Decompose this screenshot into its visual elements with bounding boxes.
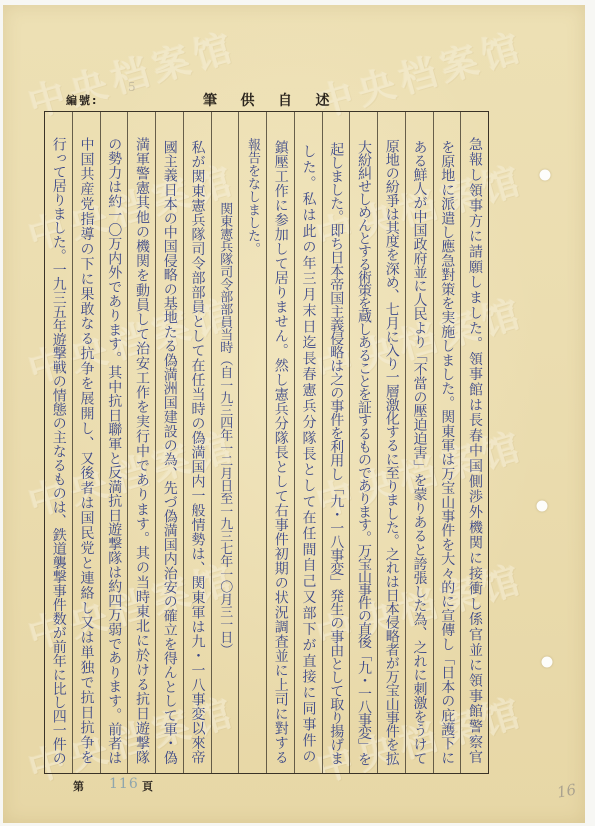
page-number-stamp: 116 — [109, 776, 139, 792]
text-column: 急報し領事方に請願しました。領事館は長春中国側渉外機関に接衝し係官並に領事館警察… — [460, 112, 488, 773]
handwritten-line: の勢力は約一〇万内外であります。其中抗日聯軍と反満抗日遊撃隊は約四万弱であります… — [101, 137, 128, 765]
text-column: ある鮮人が中国政府並に人民より「不當の壓迫迫害」を蒙りあると誇張した為、之れに刺… — [405, 112, 433, 773]
serial-number-label: 編號: — [66, 92, 98, 108]
handwritten-line: 私が関東憲兵隊司令部部員として在任当時の偽満国内一般情勢は、関東軍は九・一八事変… — [184, 140, 211, 765]
page-label-suffix: 頁 — [142, 778, 153, 794]
text-column: 報告をなしました。 — [238, 112, 266, 773]
handwritten-line: 急報し領事方に請願しました。領事館は長春中国側渉外機関に接衝し係官並に領事館警察… — [461, 137, 488, 765]
punch-hole — [542, 657, 553, 668]
text-column: 大紛糾せしめんとする術策を蔵しあることを証するものであります。万宝山事件の直後「… — [349, 112, 377, 773]
handwritten-line: 中国共産党指導の下に果敢なる抗争を展開し、又後者は国民党と連絡し又は単独で抗日抗… — [73, 137, 100, 765]
handwritten-line: ある鮮人が中国政府並に人民より「不當の壓迫迫害」を蒙りあると誇張した為、之れに刺… — [406, 140, 433, 765]
text-column: を原地に派遣し應急對策を実施しました。関東軍は万宝山事件を大々的に宣傳し「日本の… — [433, 112, 461, 773]
handwritten-line: 起しました。即ち日本帝国主義侵略は之の事件を利用し「九・一八事変」発生の事由とし… — [323, 142, 350, 765]
text-column: した。私は此の年三月末日迄長春憲兵分隊長として在任間自己又部下が直接に同事件の — [294, 112, 322, 773]
document-title: 筆供自述 — [203, 90, 353, 110]
handwritten-line: 鎮壓工作に参加して居りません。然し憲兵分隊長として右事件初期の状況調査並に上司に… — [267, 140, 294, 765]
text-column: 鎮壓工作に参加して居りません。然し憲兵分隊長として右事件初期の状況調査並に上司に… — [266, 112, 294, 773]
document-page: 中央档案馆 中央档案馆 中央档案馆 中央档案馆 中央档案馆 中央档案馆 中央档案… — [0, 0, 595, 826]
text-column: の勢力は約一〇万内外であります。其中抗日聯軍と反満抗日遊撃隊は約四万弱であります… — [100, 112, 128, 773]
handwritten-line: 原地の紛爭は其度を深め、七月に入り一層激化するに至りました。之れは日本侵略者が万… — [378, 139, 405, 765]
page-label-prefix: 第 — [73, 778, 84, 794]
handwritten-line: した。私は此の年三月末日迄長春憲兵分隊長として在任間自己又部下が直接に同事件の — [295, 144, 322, 765]
text-column: 私が関東憲兵隊司令部部員として在任当時の偽満国内一般情勢は、関東軍は九・一八事変… — [183, 112, 211, 773]
punch-hole — [540, 170, 551, 181]
serial-number-value: 5 — [128, 80, 136, 94]
punch-hole — [537, 501, 548, 512]
handwritten-line: 大紛糾せしめんとする術策を蔵しあることを証するものであります。万宝山事件の直後「… — [350, 140, 377, 765]
section-heading: 関東憲兵隊司令部部員当時（自一九三四年一二月日至一九三七年一〇月三一日） — [212, 202, 239, 656]
handwritten-line: 満軍警憲其他の機関を動員して治安工作を実行中であります。其の当時東北に於ける抗日… — [128, 137, 155, 765]
text-column: 國主義日本の中国侵略の基地たる偽満洲国建設の為、先づ偽満国内治安の確立を得んとし… — [155, 112, 183, 773]
handwritten-line: 行って居りました。一九三五年遊撃戦の情態の主なるものは、鉄道襲撃事件数が前年に比… — [45, 137, 72, 765]
section-heading-column: 関東憲兵隊司令部部員当時（自一九三四年一二月日至一九三七年一〇月三一日） — [211, 112, 239, 773]
text-grid: 急報し領事方に請願しました。領事館は長春中国側渉外機関に接衝し係官並に領事館警察… — [44, 111, 489, 774]
handwritten-line: を原地に派遣し應急對策を実施しました。関東軍は万宝山事件を大々的に宣傳し「日本の… — [434, 140, 461, 765]
text-column: 起しました。即ち日本帝国主義侵略は之の事件を利用し「九・一八事変」発生の事由とし… — [322, 112, 350, 773]
text-column: 行って居りました。一九三五年遊撃戦の情態の主なるものは、鉄道襲撃事件数が前年に比… — [45, 112, 72, 773]
sheet-number-pencil: 16 — [556, 780, 578, 801]
text-column: 満軍警憲其他の機関を動員して治安工作を実行中であります。其の当時東北に於ける抗日… — [127, 112, 155, 773]
text-column: 原地の紛爭は其度を深め、七月に入り一層激化するに至りました。之れは日本侵略者が万… — [377, 112, 405, 773]
handwritten-line: 國主義日本の中国侵略の基地たる偽満洲国建設の為、先づ偽満国内治安の確立を得んとし… — [156, 140, 183, 765]
handwritten-line: 報告をなしました。 — [239, 138, 266, 255]
text-column: 中国共産党指導の下に果敢なる抗争を展開し、又後者は国民党と連絡し又は単独で抗日抗… — [72, 112, 100, 773]
